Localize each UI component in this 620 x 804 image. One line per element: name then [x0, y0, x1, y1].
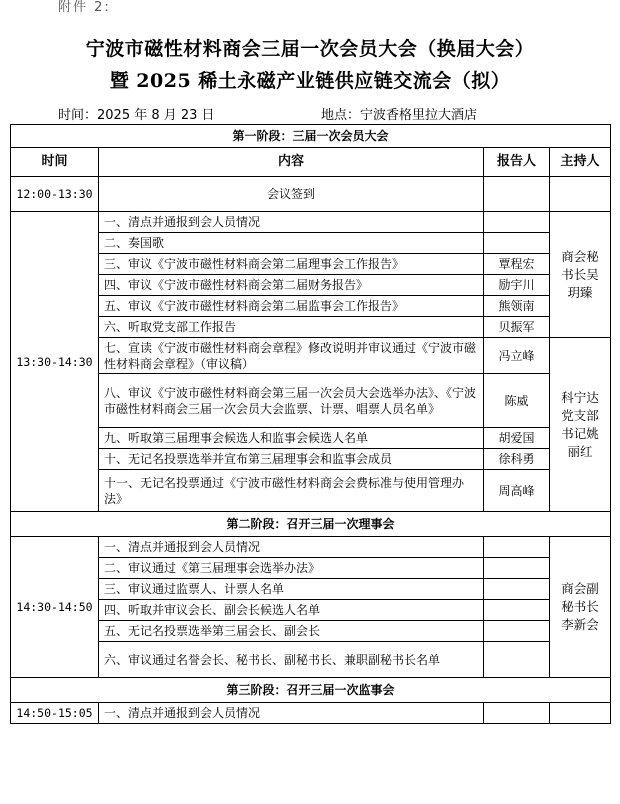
agenda-item: 九、听取第三届理事会候选人和监事会候选人名单 [99, 428, 484, 449]
reporter [484, 642, 550, 678]
agenda-item: 一、清点并通报到会人员情况 [99, 537, 484, 558]
phase-2-title: 第二阶段：召开三届一次理事会 [11, 512, 611, 537]
agenda-item: 十、无记名投票选举并宣布第三届理事会和监事会成员 [99, 449, 484, 470]
agenda-item: 四、审议《宁波市磁性材料商会第二届财务报告》 [99, 275, 484, 296]
column-header-reporter: 报告人 [484, 148, 550, 177]
agenda-item: 四、听取并审议会长、副会长候选人名单 [99, 600, 484, 621]
table-row: 五、审议《宁波市磁性材料商会第二届监事会工作报告》 熊领南 [11, 296, 611, 317]
table-row: 二、审议通过《第三届理事会选举办法》 [11, 558, 611, 579]
table-row: 14:50-15:05 一、清点并通报到会人员情况 [11, 703, 611, 724]
phase-1-host-a: 商会秘书长吴玥臻 [550, 212, 611, 338]
agenda-item: 一、清点并通报到会人员情况 [99, 703, 484, 724]
reporter [484, 621, 550, 642]
reporter [484, 703, 550, 724]
agenda-item: 二、审议通过《第三届理事会选举办法》 [99, 558, 484, 579]
checkin-row: 12:00-13:30 会议签到 [11, 177, 611, 212]
column-header-row: 时间 内容 报告人 主持人 [11, 148, 611, 177]
reporter [484, 600, 550, 621]
agenda-table: 第一阶段：三届一次会员大会 时间 内容 报告人 主持人 12:00-13:30 … [10, 124, 611, 724]
phase-3-header-row: 第三阶段：召开三届一次监事会 [11, 678, 611, 703]
phase-1-block-time: 13:30-14:30 [11, 212, 99, 512]
table-row: 14:30-14:50 一、清点并通报到会人员情况 商会副秘书长李新会 [11, 537, 611, 558]
phase-3-block-time: 14:50-15:05 [11, 703, 99, 724]
agenda-item: 一、清点并通报到会人员情况 [99, 212, 484, 233]
checkin-host [550, 177, 611, 212]
table-row: 十、无记名投票选举并宣布第三届理事会和监事会成员 徐科勇 [11, 449, 611, 470]
table-row: 七、宣读《宁波市磁性材料商会章程》修改说明并审议通过《宁波市磁性材料商会章程》（… [11, 338, 611, 374]
table-row: 十一、无记名投票通过《宁波市磁性材料商会会费标准与使用管理办法》 周高峰 [11, 470, 611, 512]
phase-1-header-row: 第一阶段：三届一次会员大会 [11, 125, 611, 148]
table-row: 六、审议通过名誉会长、秘书长、副秘书长、兼职副秘书长名单 [11, 642, 611, 678]
reporter: 覃程宏 [484, 254, 550, 275]
reporter [484, 212, 550, 233]
reporter: 贝振军 [484, 317, 550, 338]
reporter: 周高峰 [484, 470, 550, 512]
meeting-time: 时间：2025 年 8 月 23 日 [58, 104, 215, 123]
reporter: 陈威 [484, 374, 550, 428]
host [550, 703, 611, 724]
agenda-item: 二、奏国歌 [99, 233, 484, 254]
reporter: 胡爱国 [484, 428, 550, 449]
phase-1-host-b: 科宁达党支部书记姚丽红 [550, 338, 611, 512]
reporter [484, 537, 550, 558]
reporter: 励宇川 [484, 275, 550, 296]
table-row: 二、奏国歌 [11, 233, 611, 254]
agenda-item: 三、审议通过监票人、计票人名单 [99, 579, 484, 600]
reporter [484, 579, 550, 600]
phase-2-host: 商会副秘书长李新会 [550, 537, 611, 678]
column-header-host: 主持人 [550, 148, 611, 177]
checkin-time: 12:00-13:30 [11, 177, 99, 212]
phase-1-title: 第一阶段：三届一次会员大会 [11, 125, 611, 148]
agenda-item: 六、审议通过名誉会长、秘书长、副秘书长、兼职副秘书长名单 [99, 642, 484, 678]
phase-2-header-row: 第二阶段：召开三届一次理事会 [11, 512, 611, 537]
table-row: 八、审议《宁波市磁性材料商会第三届一次会员大会选举办法》、《宁波市磁性材料商会三… [11, 374, 611, 428]
agenda-item: 八、审议《宁波市磁性材料商会第三届一次会员大会选举办法》、《宁波市磁性材料商会三… [99, 374, 484, 428]
agenda-item: 十一、无记名投票通过《宁波市磁性材料商会会费标准与使用管理办法》 [99, 470, 484, 512]
phase-3-title: 第三阶段：召开三届一次监事会 [11, 678, 611, 703]
table-row: 三、审议《宁波市磁性材料商会第二届理事会工作报告》 覃程宏 [11, 254, 611, 275]
agenda-item: 五、无记名投票选举第三届会长、副会长 [99, 621, 484, 642]
reporter: 冯立峰 [484, 338, 550, 374]
agenda-item: 三、审议《宁波市磁性材料商会第二届理事会工作报告》 [99, 254, 484, 275]
document-title-line-1: 宁波市磁性材料商会三届一次会员大会（换届大会） [0, 34, 620, 61]
table-row: 六、听取党支部工作报告 贝振军 [11, 317, 611, 338]
table-row: 五、无记名投票选举第三届会长、副会长 [11, 621, 611, 642]
reporter [484, 558, 550, 579]
table-row: 三、审议通过监票人、计票人名单 [11, 579, 611, 600]
table-row: 13:30-14:30 一、清点并通报到会人员情况 商会秘书长吴玥臻 [11, 212, 611, 233]
column-header-time: 时间 [11, 148, 99, 177]
agenda-item: 七、宣读《宁波市磁性材料商会章程》修改说明并审议通过《宁波市磁性材料商会章程》（… [99, 338, 484, 374]
reporter: 熊领南 [484, 296, 550, 317]
agenda-item: 六、听取党支部工作报告 [99, 317, 484, 338]
checkin-content: 会议签到 [99, 177, 484, 212]
phase-2-block-time: 14:30-14:50 [11, 537, 99, 678]
document-title-line-2: 暨 2025 稀土永磁产业链供应链交流会（拟） [0, 66, 620, 93]
table-row: 四、审议《宁波市磁性材料商会第二届财务报告》 励宇川 [11, 275, 611, 296]
table-row: 九、听取第三届理事会候选人和监事会候选人名单 胡爱国 [11, 428, 611, 449]
meeting-place: 地点：宁波香格里拉大酒店 [321, 104, 477, 123]
reporter: 徐科勇 [484, 449, 550, 470]
agenda-item: 五、审议《宁波市磁性材料商会第二届监事会工作报告》 [99, 296, 484, 317]
checkin-reporter [484, 177, 550, 212]
attachment-label: 附件 2: [58, 0, 111, 15]
table-row: 四、听取并审议会长、副会长候选人名单 [11, 600, 611, 621]
column-header-content: 内容 [99, 148, 484, 177]
reporter [484, 233, 550, 254]
